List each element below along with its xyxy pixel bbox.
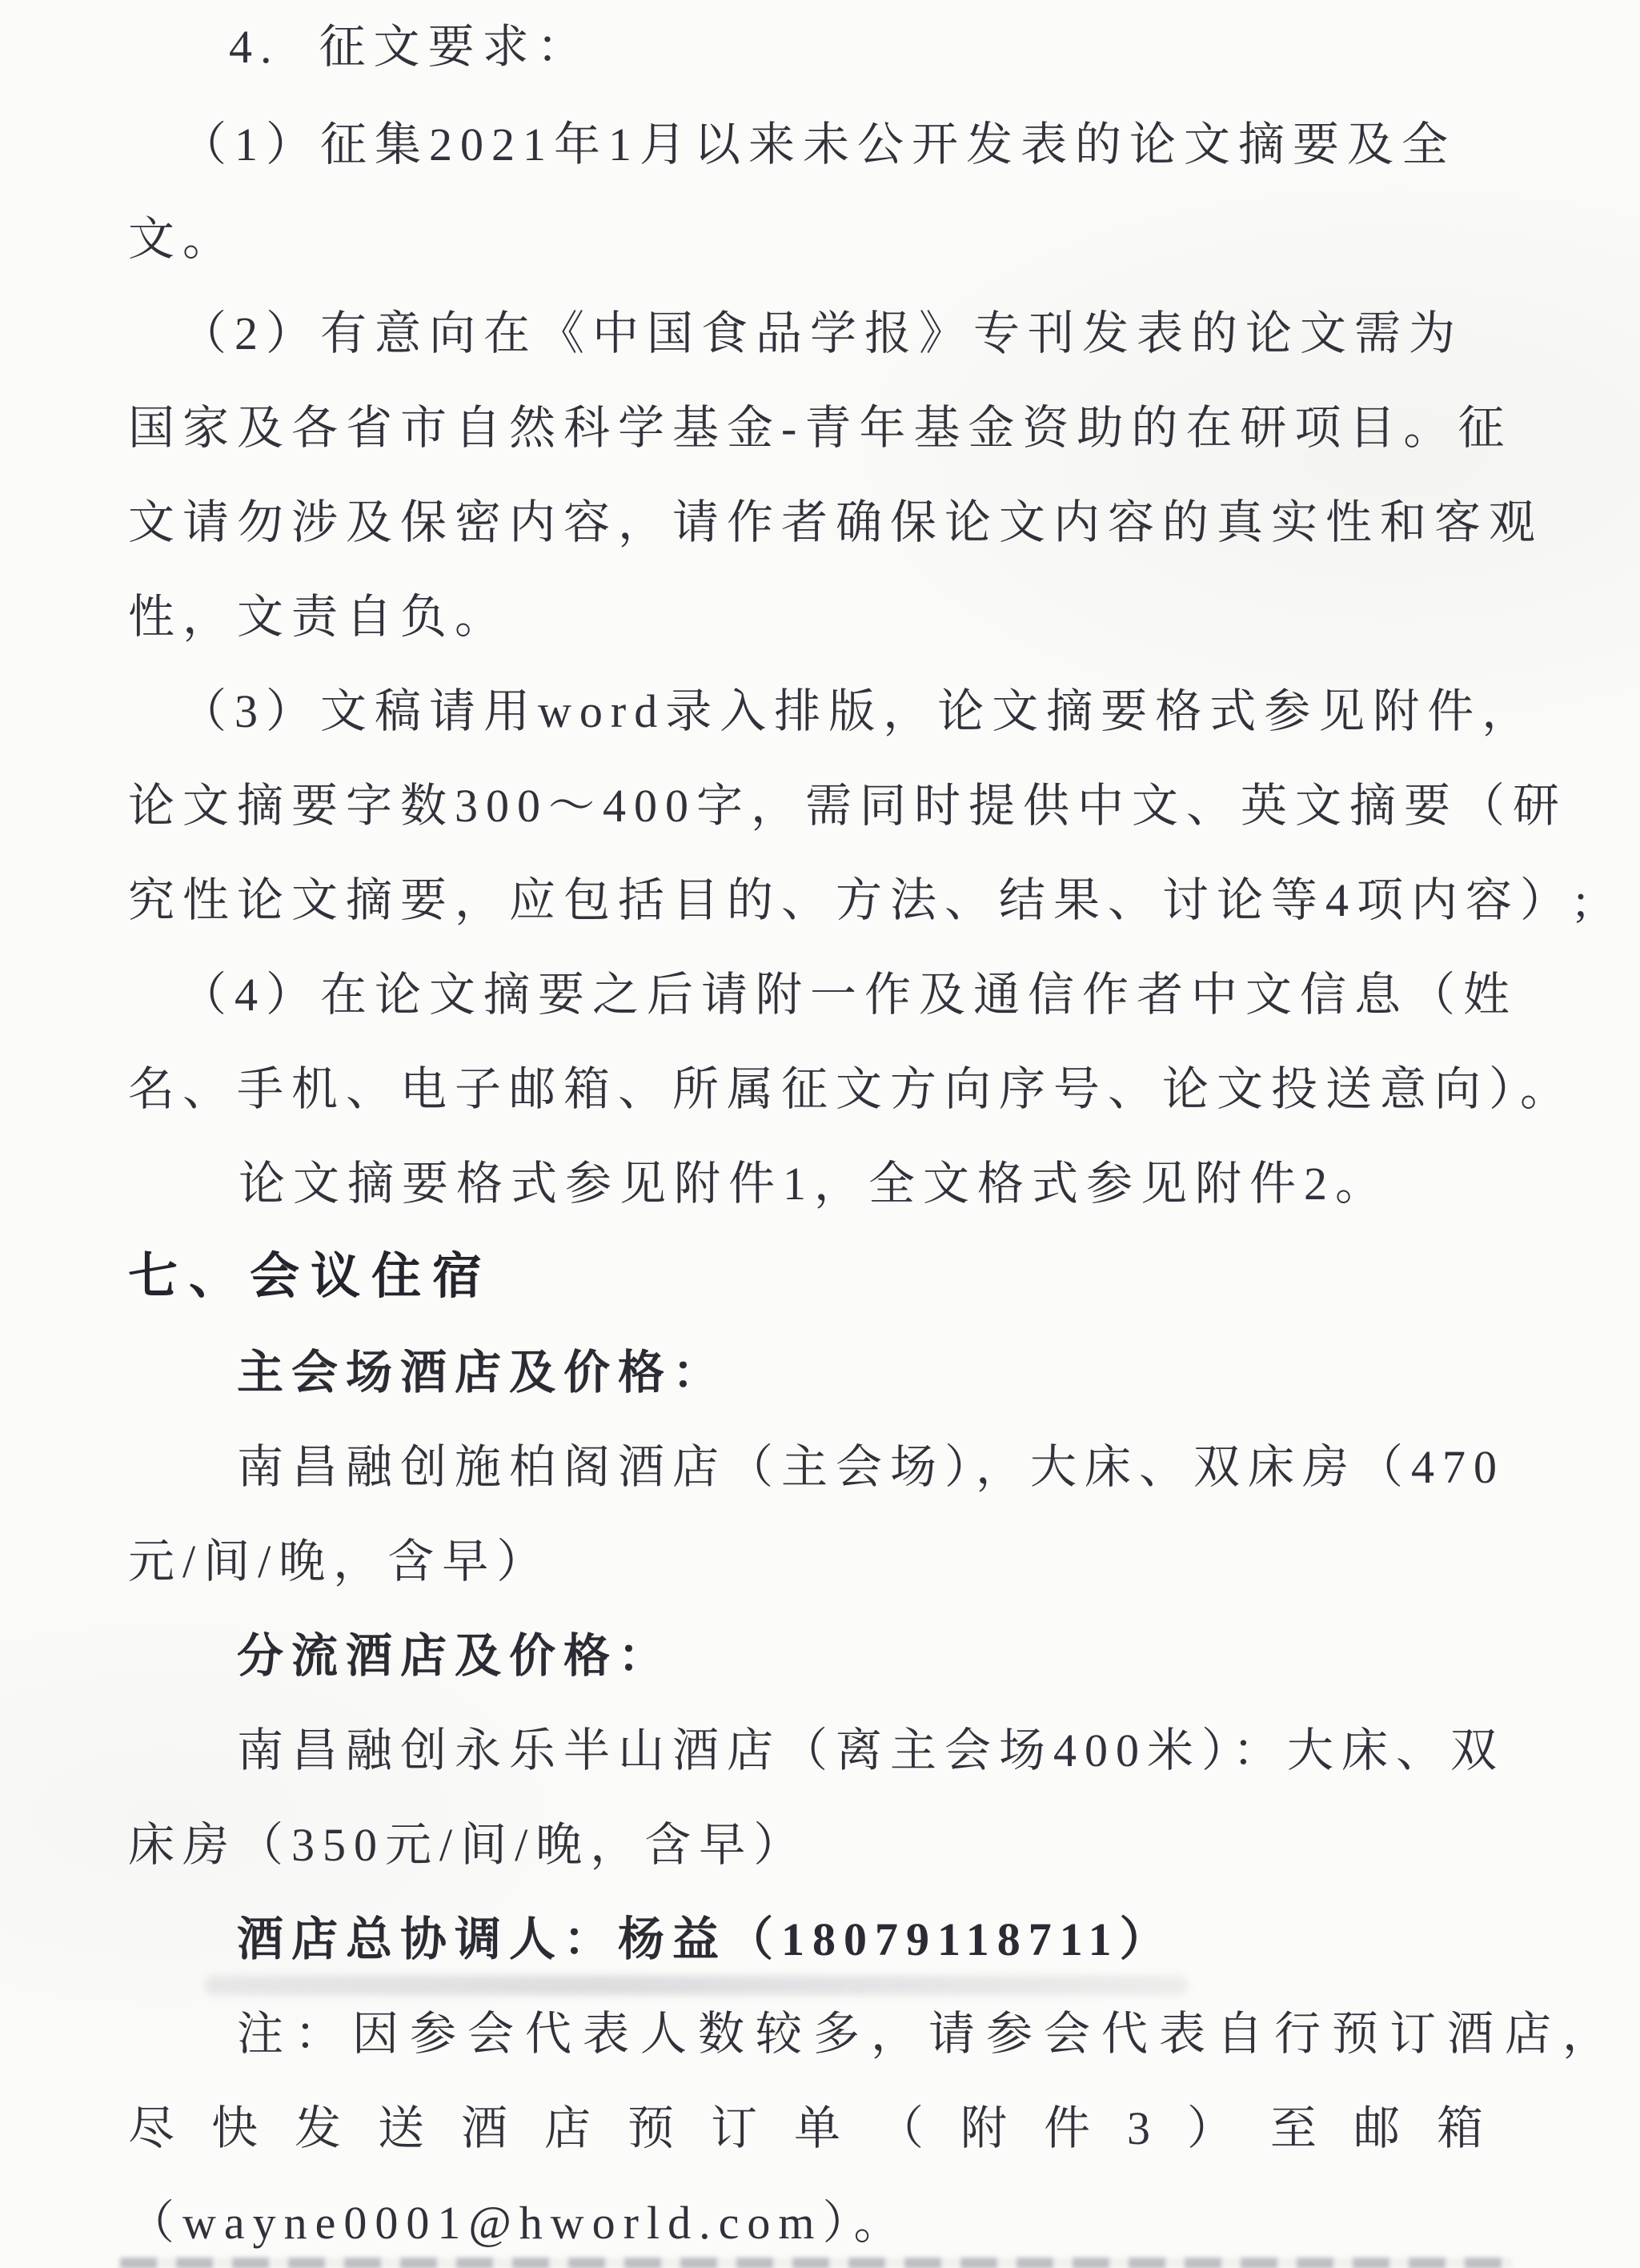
text-line: 七、会议住宿 (128, 1250, 493, 1304)
document-page: 4. 征文要求：（1）征集2021年1月以来未公开发表的论文摘要及全文。（2）有… (0, 0, 1640, 2268)
text-line: 分流酒店及价格： (237, 1632, 672, 1682)
text-line: 文。 (128, 215, 237, 265)
text-line: （wayne0001@hworld.com）。 (128, 2198, 908, 2249)
text-line: 文请勿涉及保密内容，请作者确保论文内容的真实性和客观 (128, 498, 1543, 548)
text-line: 床房（350元/间/晚，含早） (128, 1820, 808, 1871)
scan-smudge (204, 1976, 1189, 1995)
text-line: 酒店总协调人：杨益（18079118711） (237, 1915, 1174, 1965)
cutoff-next-line-artifact (120, 2258, 1513, 2268)
text-line: （1）征集2021年1月以来未公开发表的论文摘要及全 (180, 120, 1456, 171)
text-line: 究性论文摘要，应包括目的、方法、结果、讨论等4项内容）; (128, 876, 1595, 926)
text-line: 论文摘要字数300～400字，需同时提供中文、英文摘要（研 (128, 781, 1567, 832)
text-line: 南昌融创永乐半山酒店（离主会场400米）：大床、双 (237, 1726, 1505, 1776)
text-line: 论文摘要格式参见附件1，全文格式参见附件2。 (239, 1159, 1389, 1210)
text-line: （4）在论文摘要之后请附一作及通信作者中文信息（姓 (180, 970, 1518, 1021)
text-line: 主会场酒店及价格： (237, 1348, 727, 1399)
text-line: 元/间/晚，含早） (128, 1537, 551, 1588)
text-line: 南昌融创施柏阁酒店（主会场），大床、双床房（470 (237, 1443, 1505, 1493)
text-line: 性，文责自负。 (128, 592, 509, 643)
text-line: 国家及各省市自然科学基金-青年基金资助的在研项目。征 (128, 403, 1512, 454)
text-line: （2）有意向在《中国食品学报》专刊发表的论文需为 (180, 309, 1463, 359)
text-line: 名、手机、电子邮箱、所属征文方向序号、论文投送意向）。 (128, 1065, 1574, 1115)
text-line: （3）文稿请用word录入排版，论文摘要格式参见附件， (180, 687, 1536, 737)
text-line: 注：因参会代表人数较多，请参会代表自行预订酒店， (237, 2009, 1620, 2060)
text-line: 尽快发送酒店预订单（附件3）至邮箱 (128, 2104, 1520, 2154)
text-line: 4. 征文要求： (229, 22, 591, 73)
